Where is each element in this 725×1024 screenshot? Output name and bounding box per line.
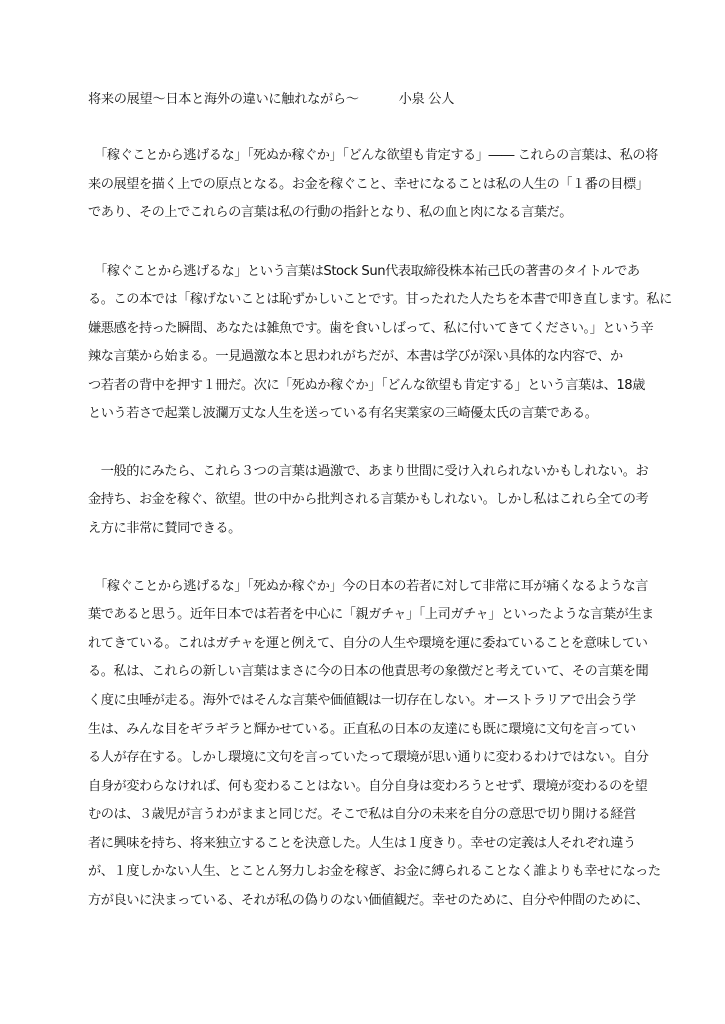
paragraph-3-line-1: 一般的にみたら、これら３つの言葉は過激で、あまり世間に受け入れられないかもしれな… (88, 463, 648, 481)
paragraph-4-line-2: 葉であると思う。近年日本では若者を中心に「親ガチャ」「上司ガチャ」といったような… (88, 606, 648, 624)
paragraph-2-line-6: という若さで起業し波瀾万丈な人生を送っている有名実業家の三崎優太氏の言葉である。 (88, 405, 648, 423)
paragraph-4-line-8: 自身が変わらなければ、何も変わることはない。自分自身は変わろうとせず、環境が変わ… (88, 778, 648, 796)
document-title: 将来の展望〜日本と海外の違いに触れながら〜 (88, 92, 359, 107)
paragraph-4-line-4: る。私は、これらの新しい言葉はまさに今の日本の他責思考の象徴だと考えていて、その… (88, 663, 648, 681)
paragraph-1-line-3: であり、その上でこれらの言葉は私の行動の指針となり、私の血と肉になる言葉だ。 (88, 204, 648, 222)
document-page: 将来の展望〜日本と海外の違いに触れながら〜小泉 公人 「稼ぐことから逃げるな」「… (0, 0, 725, 1024)
paragraph-2-line-2: る。この本では「稼げないことは恥ずかしいことです。甘ったれた人たちを本書で叩き直… (88, 291, 648, 309)
document-title-line: 将来の展望〜日本と海外の違いに触れながら〜小泉 公人 (88, 91, 454, 109)
paragraph-3-line-2: 金持ち、お金を稼ぐ、欲望。世の中から批判される言葉かもしれない。しかし私はこれら… (88, 491, 648, 509)
paragraph-4-line-9: むのは、３歳児が言うわがままと同じだ。そこで私は自分の未来を自分の意思で切り開け… (88, 806, 648, 824)
paragraph-4-line-6: 生は、みんな目をギラギラと輝かせている。正直私の日本の友達にも既に環境に文句を言… (88, 721, 648, 739)
paragraph-4-line-3: れてきている。これはガチャを運と例えて、自分の人生や環境を運に委ねていることを意… (88, 635, 648, 653)
paragraph-4-line-7: る人が存在する。しかし環境に文句を言っていたって環境が思い通りに変わるわけではな… (88, 749, 648, 767)
paragraph-1-line-1: 「稼ぐことから逃げるな」「死ぬか稼ぐか」「どんな欲望も肯定する」―― これらの言… (88, 147, 648, 165)
paragraph-2-line-1: 「稼ぐことから逃げるな」という言葉はStock Sun代表取締役株本祐己氏の著書… (88, 263, 648, 281)
paragraph-2-line-5: つ若者の背中を押す１冊だ。次に「死ぬか稼ぐか」「どんな欲望も肯定する」という言葉… (88, 377, 648, 395)
paragraph-2-line-3: 嫌悪感を持った瞬間、あなたは雑魚です。歯を食いしばって、私に付いてきてください。… (88, 320, 648, 338)
paragraph-2-line-4: 辣な言葉から始まる。一見過激な本と思われがちだが、本書は学びが深い具体的な内容で… (88, 348, 648, 366)
paragraph-4-line-11: が、１度しかない人生、とことん努力しお金を稼ぎ、お金に縛られることなく誰よりも幸… (88, 863, 648, 881)
paragraph-4-line-10: 者に興味を持ち、将来独立することを決意した。人生は１度きり。幸せの定義は人それぞ… (88, 835, 648, 853)
paragraph-3-line-3: え方に非常に賛同できる。 (88, 520, 648, 538)
paragraph-1-line-2: 来の展望を描く上での原点となる。お金を稼ぐこと、幸せになることは私の人生の「１番… (88, 176, 648, 194)
paragraph-4-line-5: く度に虫唾が走る。海外ではそんな言葉や価値観は一切存在しない。オーストラリアで出… (88, 692, 648, 710)
paragraph-4-line-12: 方が良いに決まっている、それが私の偽りのない価値観だ。幸せのために、自分や仲間の… (88, 892, 648, 910)
document-author: 小泉 公人 (399, 92, 454, 107)
paragraph-4-line-1: 「稼ぐことから逃げるな」「死ぬか稼ぐか」今の日本の若者に対して非常に耳が痛くなる… (88, 578, 648, 596)
